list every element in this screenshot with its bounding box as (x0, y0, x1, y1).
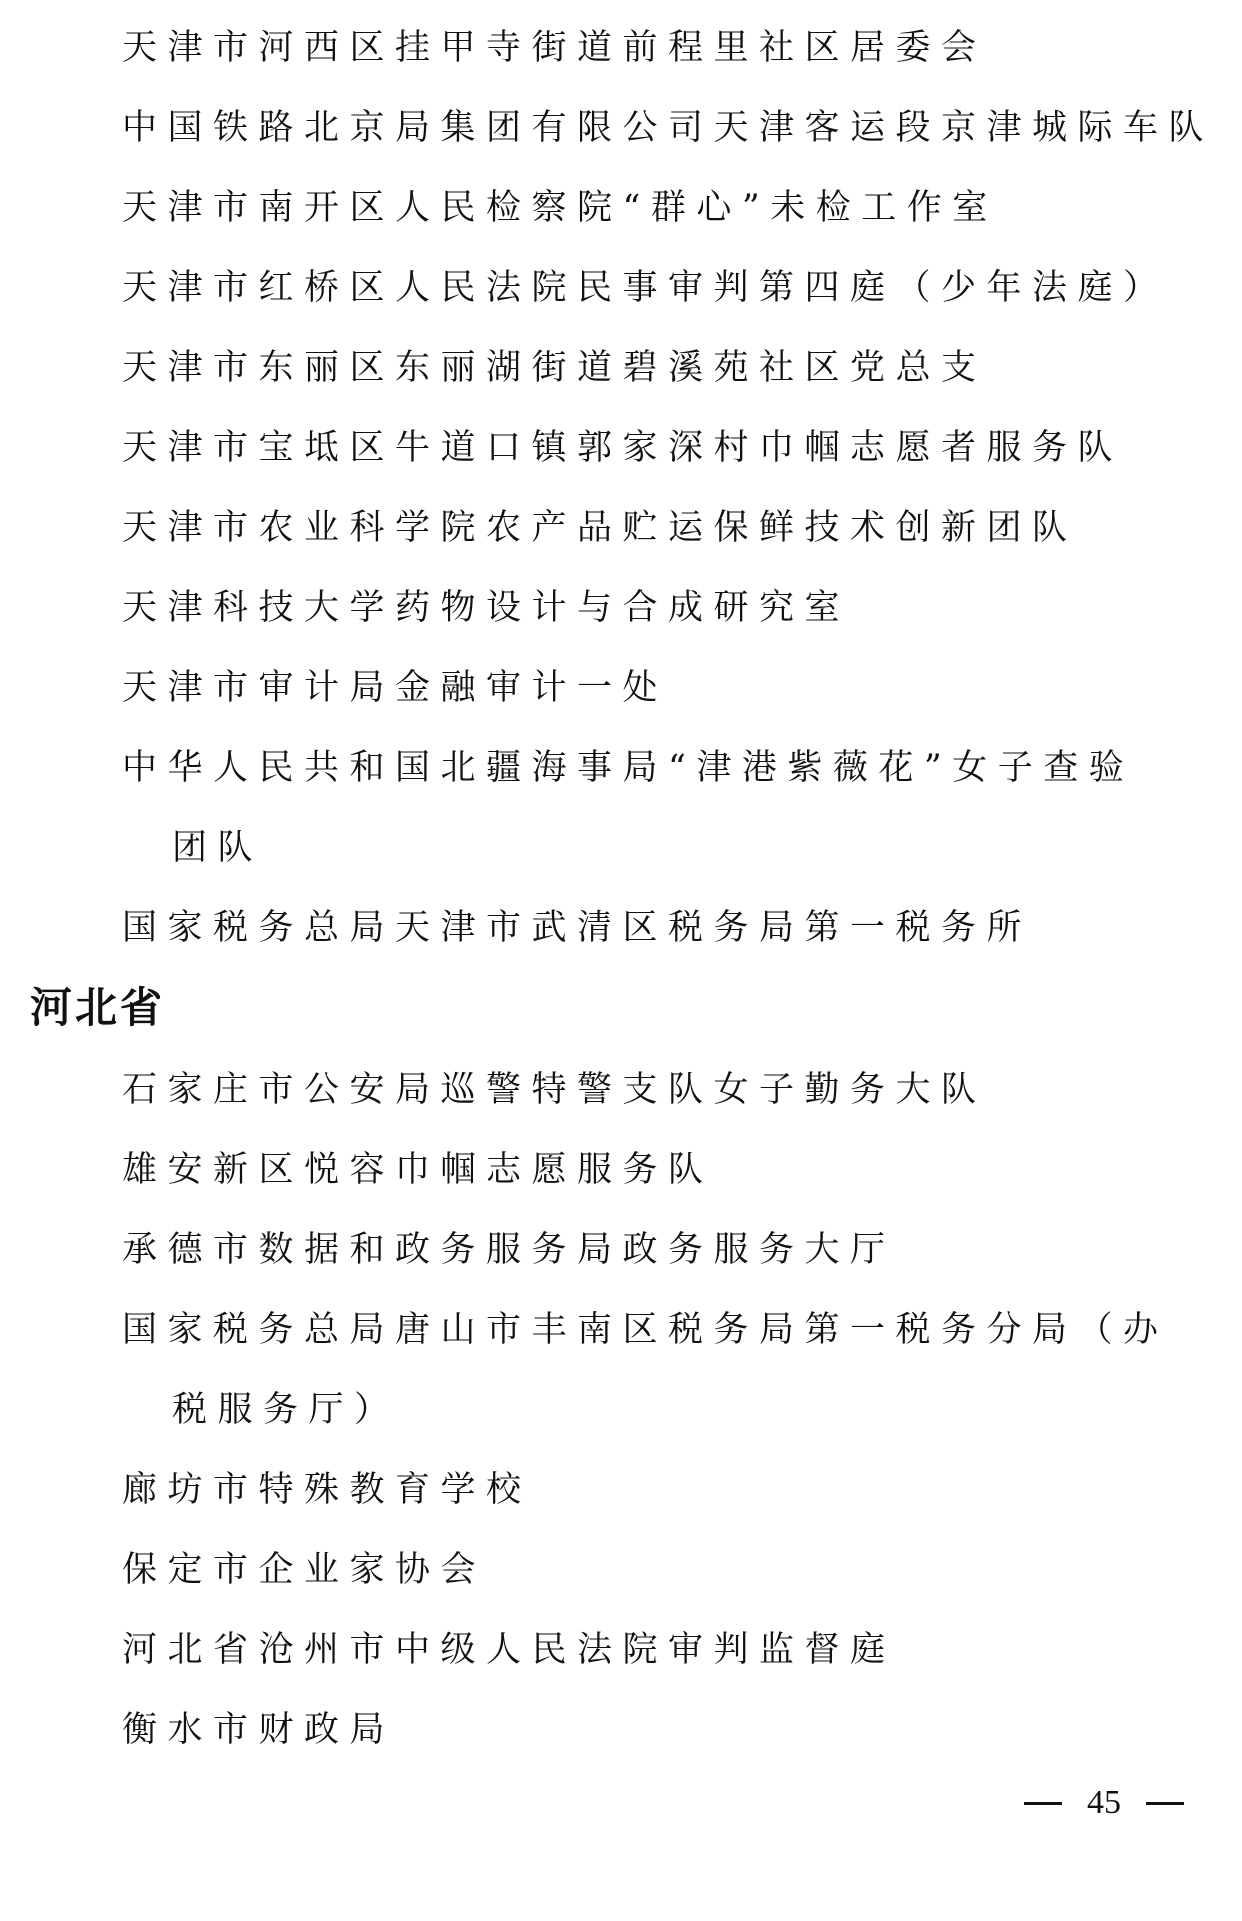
list-item: 天津市宝坻区牛道口镇郭家深村巾帼志愿者服务队 (122, 408, 1123, 488)
document-page: 天津市河西区挂甲寺街道前程里社区居委会 中国铁路北京局集团有限公司天津客运段京津… (0, 0, 1242, 1921)
page-number: 45 (1024, 1782, 1184, 1824)
list-item: 天津市河西区挂甲寺街道前程里社区居委会 (122, 8, 987, 88)
list-item: 衡水市财政局 (122, 1690, 395, 1770)
dash-left-decoration (1024, 1802, 1062, 1805)
list-item: 河北省沧州市中级人民法院审判监督庭 (122, 1610, 896, 1690)
list-item: 廊坊市特殊教育学校 (122, 1450, 532, 1530)
list-item: 中华人民共和国北疆海事局“津港紫薇花”女子查验 (122, 728, 1134, 808)
dash-right-decoration (1146, 1802, 1184, 1805)
list-item-continuation: 税服务厅） (172, 1370, 400, 1450)
list-item: 国家税务总局天津市武清区税务局第一税务所 (122, 888, 1032, 968)
list-item: 雄安新区悦容巾帼志愿服务队 (122, 1130, 714, 1210)
list-item: 天津市南开区人民检察院“群心”未检工作室 (122, 168, 998, 248)
list-item-continuation: 团队 (172, 808, 263, 888)
section-heading-hebei: 河北省 (30, 968, 165, 1048)
list-item: 天津市东丽区东丽湖街道碧溪苑社区党总支 (122, 328, 987, 408)
list-item: 天津市农业科学院农产品贮运保鲜技术创新团队 (122, 488, 1078, 568)
list-item: 石家庄市公安局巡警特警支队女子勤务大队 (122, 1050, 987, 1130)
list-item: 天津科技大学药物设计与合成研究室 (122, 568, 850, 648)
list-item: 国家税务总局唐山市丰南区税务局第一税务分局（办 (122, 1290, 1169, 1370)
list-item: 保定市企业家协会 (122, 1530, 486, 1610)
list-item: 中国铁路北京局集团有限公司天津客运段京津城际车队 (122, 88, 1214, 168)
list-item: 天津市审计局金融审计一处 (122, 648, 668, 728)
list-item: 承德市数据和政务服务局政务服务大厅 (122, 1210, 896, 1290)
page-number-value: 45 (1087, 1784, 1121, 1822)
list-item: 天津市红桥区人民法院民事审判第四庭（少年法庭） (122, 248, 1169, 328)
